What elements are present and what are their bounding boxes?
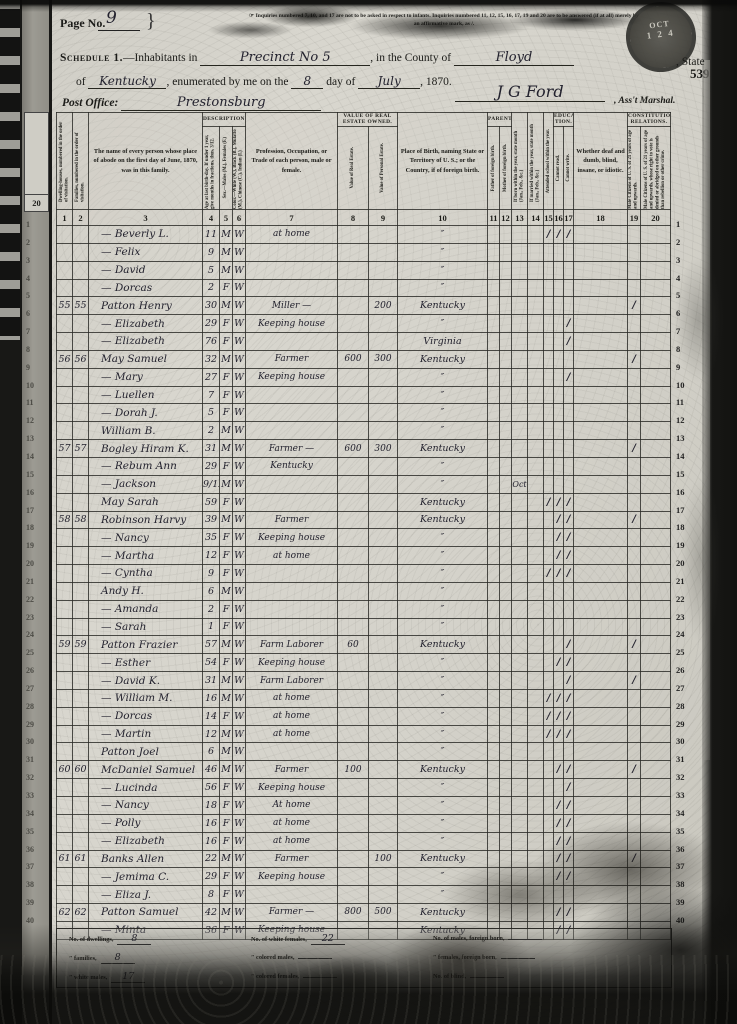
cell-dwelling-no [57,333,73,351]
cell-family-no: 61 [73,850,89,868]
cell-color: W [233,904,246,922]
line-number: 40 [676,912,685,930]
cell-disabilities [574,404,628,422]
table-row: — Dorcas 2 F W ″ [57,279,671,297]
cell-disabilities [574,814,628,832]
cell-male-citizen [628,226,641,244]
cell-attended-school [544,832,554,850]
line-number: 24 [676,626,685,644]
cell-dwelling-no [57,422,73,440]
line-number: 11 [676,394,685,412]
column-number: 13 [512,210,528,226]
cell-sex: F [220,779,233,797]
cell-family-no [73,725,89,743]
cell-cannot-read [554,600,564,618]
cell-color: W [233,565,246,583]
line-number: 16 [676,484,685,502]
cell-vote-denied [641,565,671,583]
cell-male-citizen: / [628,672,641,690]
cell-color: W [233,475,246,493]
cell-born-month [512,761,528,779]
cell-cannot-write [564,618,574,636]
cell-male-citizen [628,261,641,279]
cell-age: 16 [203,689,220,707]
table-row: 60 60 McDaniel Samuel 46 M W Farmer 100 … [57,761,671,779]
cell-disabilities [574,457,628,475]
cell-father-foreign [488,565,500,583]
cell-born-month [512,618,528,636]
cell-birthplace: ″ [398,797,488,815]
table-row: Patton Joel 6 M W ″ [57,743,671,761]
cell-birthplace: ″ [398,707,488,725]
cell-name: — Elizabeth [89,315,203,333]
cell-occupation: Keeping house [246,368,338,386]
cell-occupation [246,404,338,422]
table-row: — Amanda 2 F W ″ [57,600,671,618]
line-number: 19 [26,537,34,555]
cell-family-no [73,475,89,493]
cell-real-estate [338,315,369,333]
left-line-numbers: 1234567891011121314151617181920212223242… [26,216,34,930]
cell-name: — Polly [89,814,203,832]
enumerated-label: , enumerated by me on the [166,76,288,88]
cell-color: W [233,761,246,779]
cell-attended-school [544,529,554,547]
cell-attended-school [544,440,554,458]
cell-birthplace: Kentucky [398,350,488,368]
line-number: 20 [26,555,34,573]
tally-white-females-value: 22 [311,933,345,945]
cell-attended-school [544,761,554,779]
cell-personal-estate [369,618,398,636]
cell-disabilities [574,886,628,904]
line-number: 14 [26,448,34,466]
cell-father-foreign [488,404,500,422]
cell-disabilities [574,618,628,636]
cell-real-estate [338,422,369,440]
line-number: 35 [676,823,685,841]
cell-cannot-write: / [564,493,574,511]
table-row: — Rebum Ann 29 F W Kentucky ″ [57,457,671,475]
cell-family-no: 56 [73,350,89,368]
cell-male-citizen: / [628,511,641,529]
cell-male-citizen [628,654,641,672]
cell-sex: F [220,368,233,386]
cell-name: — Beverly L. [89,226,203,244]
line-number: 17 [676,502,685,520]
line-number: 1 [676,216,685,234]
day-value: 8 [291,74,323,89]
cell-father-foreign [488,333,500,351]
cell-married-month [528,707,544,725]
marshal-signature: J G Ford [450,82,610,102]
cell-male-citizen [628,386,641,404]
cell-born-month [512,725,528,743]
line-number: 38 [26,876,34,894]
cell-father-foreign [488,547,500,565]
cell-cannot-write: / [564,672,574,690]
cell-cannot-write [564,582,574,600]
schedule-label: Schedule 1. [60,52,123,64]
cell-born-month [512,743,528,761]
cell-attended-school [544,886,554,904]
cell-father-foreign [488,868,500,886]
cell-male-citizen [628,529,641,547]
column-number: 1 [57,210,73,226]
cell-occupation: Farmer [246,350,338,368]
cell-father-foreign [488,440,500,458]
cell-birthplace: ″ [398,475,488,493]
table-row: — Eliza J. 8 F W ″ [57,886,671,904]
column-number: 18 [574,210,628,226]
col-header-disabilities: Whether deaf and dumb, blind, insane, or… [574,113,628,210]
cell-real-estate [338,493,369,511]
cell-vote-denied [641,350,671,368]
cell-born-month [512,386,528,404]
tally-white-females-label: No. of white females, [251,936,307,943]
county-label: , in the County of [370,52,451,64]
cell-cannot-read: / [554,565,564,583]
cell-dwelling-no [57,832,73,850]
cell-birthplace: ″ [398,743,488,761]
cell-birthplace: ″ [398,814,488,832]
cell-disabilities [574,422,628,440]
cell-family-no [73,333,89,351]
cell-born-month [512,547,528,565]
cell-married-month [528,832,544,850]
cell-occupation: Keeping house [246,654,338,672]
cell-attended-school [544,404,554,422]
cell-family-no [73,368,89,386]
cell-vote-denied [641,386,671,404]
line-number: 39 [26,894,34,912]
cell-family-no [73,279,89,297]
line-number: 26 [676,662,685,680]
cell-vote-denied [641,422,671,440]
cell-mother-foreign [500,475,512,493]
cell-male-citizen [628,404,641,422]
line-number: 31 [26,751,34,769]
cell-occupation: Farmer [246,850,338,868]
cell-married-month [528,654,544,672]
cell-cannot-write: / [564,368,574,386]
cell-born-month [512,797,528,815]
cell-birthplace: Kentucky [398,761,488,779]
cell-birthplace: ″ [398,547,488,565]
cell-personal-estate [369,582,398,600]
cell-family-no: 57 [73,440,89,458]
cell-color: W [233,832,246,850]
cell-occupation [246,565,338,583]
cell-attended-school [544,386,554,404]
cell-married-month [528,904,544,922]
cell-born-month [512,689,528,707]
cell-personal-estate: 100 [369,850,398,868]
tally-dwellings-label: No. of dwellings, [69,936,113,943]
cell-name: Patton Joel [89,743,203,761]
day-of-label: day of [326,76,355,88]
cell-father-foreign [488,261,500,279]
cell-cannot-write [564,475,574,493]
cell-married-month [528,725,544,743]
cell-birthplace: ″ [398,832,488,850]
cell-married-month [528,333,544,351]
cell-color: W [233,333,246,351]
year-label: , 1870. [420,76,452,88]
cell-occupation: Farmer — [246,904,338,922]
cell-born-month [512,814,528,832]
line-number: 1 [26,216,34,234]
cell-cannot-read: / [554,226,564,244]
line-number: 2 [26,234,34,252]
cell-disabilities [574,529,628,547]
column-number: 11 [488,210,500,226]
cell-real-estate [338,243,369,261]
cell-vote-denied [641,440,671,458]
cell-personal-estate: 300 [369,440,398,458]
cell-birthplace: ″ [398,565,488,583]
cell-personal-estate [369,886,398,904]
table-row: — Cyntha 9 F W ″ / / / [57,565,671,583]
cell-cannot-write: / [564,565,574,583]
line-number: 34 [676,805,685,823]
cell-born-month [512,868,528,886]
cell-birthplace: ″ [398,261,488,279]
cell-mother-foreign [500,600,512,618]
cell-personal-estate [369,600,398,618]
cell-disabilities [574,243,628,261]
cell-color: W [233,422,246,440]
cell-color: W [233,350,246,368]
cell-cannot-write: / [564,315,574,333]
cell-occupation: at home [246,707,338,725]
cell-male-citizen [628,814,641,832]
column-number: 6 [233,210,246,226]
cell-vote-denied [641,618,671,636]
cell-cannot-read: / [554,654,564,672]
cell-color: W [233,814,246,832]
line-number: 7 [676,323,685,341]
cell-family-no [73,404,89,422]
cell-mother-foreign [500,582,512,600]
cell-family-no [73,582,89,600]
cell-father-foreign [488,226,500,244]
cell-cannot-write [564,886,574,904]
cell-male-citizen [628,315,641,333]
tally-blind-label: No. of blind, [433,973,466,980]
col-header-mother-foreign: Mother of foreign birth. [500,127,512,210]
cell-father-foreign [488,672,500,690]
cell-dwelling-no [57,725,73,743]
cell-married-month [528,243,544,261]
cell-personal-estate [369,511,398,529]
cell-color: W [233,279,246,297]
cell-dwelling-no [57,547,73,565]
cell-age: 8 [203,886,220,904]
cell-cannot-write: / [564,761,574,779]
cell-mother-foreign [500,725,512,743]
cell-age: 7 [203,386,220,404]
cell-vote-denied [641,493,671,511]
cell-attended-school [544,279,554,297]
line-number: 34 [26,805,34,823]
cell-dwelling-no [57,243,73,261]
cell-real-estate [338,886,369,904]
table-row: 62 62 Patton Samuel 42 M W Farmer — 800 … [57,904,671,922]
cell-birthplace: ″ [398,868,488,886]
cell-disabilities [574,547,628,565]
line-number: 18 [26,519,34,537]
group-parentage: PARENTAGE. [488,113,512,127]
col-header-name: The name of every person whose place of … [89,113,203,210]
line-number: 33 [676,787,685,805]
cell-vote-denied [641,243,671,261]
table-row: — Felix 9 M W ″ [57,243,671,261]
cell-age: 46 [203,761,220,779]
cell-attended-school [544,743,554,761]
instructions-text: ☞ Inquiries numbered 7, 10, and 17 are n… [248,12,640,29]
cell-born-month [512,832,528,850]
cell-age: 2 [203,600,220,618]
cell-family-no [73,868,89,886]
cell-age: 9 [203,565,220,583]
cell-born-month [512,654,528,672]
cell-cannot-write [564,600,574,618]
cell-sex: M [220,904,233,922]
cell-vote-denied [641,886,671,904]
cell-married-month [528,672,544,690]
line-number: 20 [676,555,685,573]
cell-cannot-read [554,404,564,422]
cell-real-estate [338,547,369,565]
cell-male-citizen [628,868,641,886]
line-number: 27 [26,680,34,698]
table-row: — Polly 16 F W at home ″ / / [57,814,671,832]
cell-male-citizen: / [628,440,641,458]
cell-birthplace: ″ [398,529,488,547]
cell-married-month [528,457,544,475]
line-number: 12 [26,412,34,430]
cell-birthplace: ″ [398,422,488,440]
cell-attended-school [544,333,554,351]
cell-sex: M [220,422,233,440]
table-row: — Martin 12 M W at home ″ / / / [57,725,671,743]
cell-married-month [528,475,544,493]
cell-family-no [73,243,89,261]
cell-cannot-write: / [564,725,574,743]
cell-birthplace: Virginia [398,333,488,351]
cell-disabilities [574,868,628,886]
line-number: 10 [26,377,34,395]
cell-sex: F [220,547,233,565]
col-header-father-foreign: Father of foreign birth. [488,127,500,210]
cell-mother-foreign [500,315,512,333]
table-row: — Mary 27 F W Keeping house ″ / [57,368,671,386]
column-number: 15 [544,210,554,226]
cell-name: — Eliza J. [89,886,203,904]
col-header-married-month: If married within the year, state month … [528,113,544,210]
cell-age: 6 [203,743,220,761]
cell-color: W [233,457,246,475]
cell-sex: F [220,315,233,333]
cell-age: 18 [203,797,220,815]
cell-birthplace: ″ [398,315,488,333]
line-number: 16 [26,484,34,502]
cell-age: 29 [203,315,220,333]
cell-name: — Cyntha [89,565,203,583]
cell-sex: M [220,850,233,868]
cell-age: 22 [203,850,220,868]
cell-name: — Luellen [89,386,203,404]
cell-birthplace: ″ [398,600,488,618]
cell-disabilities [574,761,628,779]
cell-occupation: Farm Laborer [246,672,338,690]
cell-real-estate [338,582,369,600]
table-row: — Martha 12 F W at home ″ / / [57,547,671,565]
cell-family-no [73,422,89,440]
cell-age: 59 [203,493,220,511]
cell-personal-estate [369,547,398,565]
cell-real-estate [338,261,369,279]
line-number: 4 [26,270,34,288]
line-number: 15 [676,466,685,484]
cell-male-citizen [628,547,641,565]
cell-vote-denied [641,315,671,333]
cell-dwelling-no [57,261,73,279]
column-number: 12 [500,210,512,226]
cell-cannot-read [554,457,564,475]
cell-occupation: Keeping house [246,868,338,886]
table-row: 57 57 Bogley Hiram K. 31 M W Farmer — 60… [57,440,671,458]
cell-family-no [73,689,89,707]
cell-family-no [73,779,89,797]
column-number: 19 [628,210,641,226]
line-number: 40 [26,912,34,930]
line-number: 30 [676,733,685,751]
cell-age: 2 [203,279,220,297]
adjacent-page-col20-fragment: 20 [24,194,49,212]
cell-father-foreign [488,814,500,832]
tally-families-label: ″ families, [69,955,97,962]
cell-father-foreign [488,886,500,904]
cell-personal-estate [369,226,398,244]
cell-dwelling-no [57,707,73,725]
cell-sex: F [220,654,233,672]
table-row: William B. 2 M W ″ [57,422,671,440]
line-number: 28 [676,698,685,716]
cell-occupation: at home [246,832,338,850]
cell-male-citizen [628,743,641,761]
cell-mother-foreign [500,243,512,261]
cell-vote-denied [641,707,671,725]
cell-sex: M [220,440,233,458]
cell-mother-foreign [500,689,512,707]
cell-occupation [246,279,338,297]
cell-disabilities [574,636,628,654]
cell-age: 31 [203,440,220,458]
cell-birthplace: ″ [398,618,488,636]
cell-personal-estate [369,868,398,886]
cell-cannot-read [554,886,564,904]
cell-name: — Martin [89,725,203,743]
column-number: 7 [246,210,338,226]
cell-married-month [528,797,544,815]
line-number: 18 [676,519,685,537]
cell-dwelling-no: 55 [57,297,73,315]
cell-personal-estate [369,654,398,672]
cell-male-citizen [628,582,641,600]
cell-personal-estate [369,315,398,333]
